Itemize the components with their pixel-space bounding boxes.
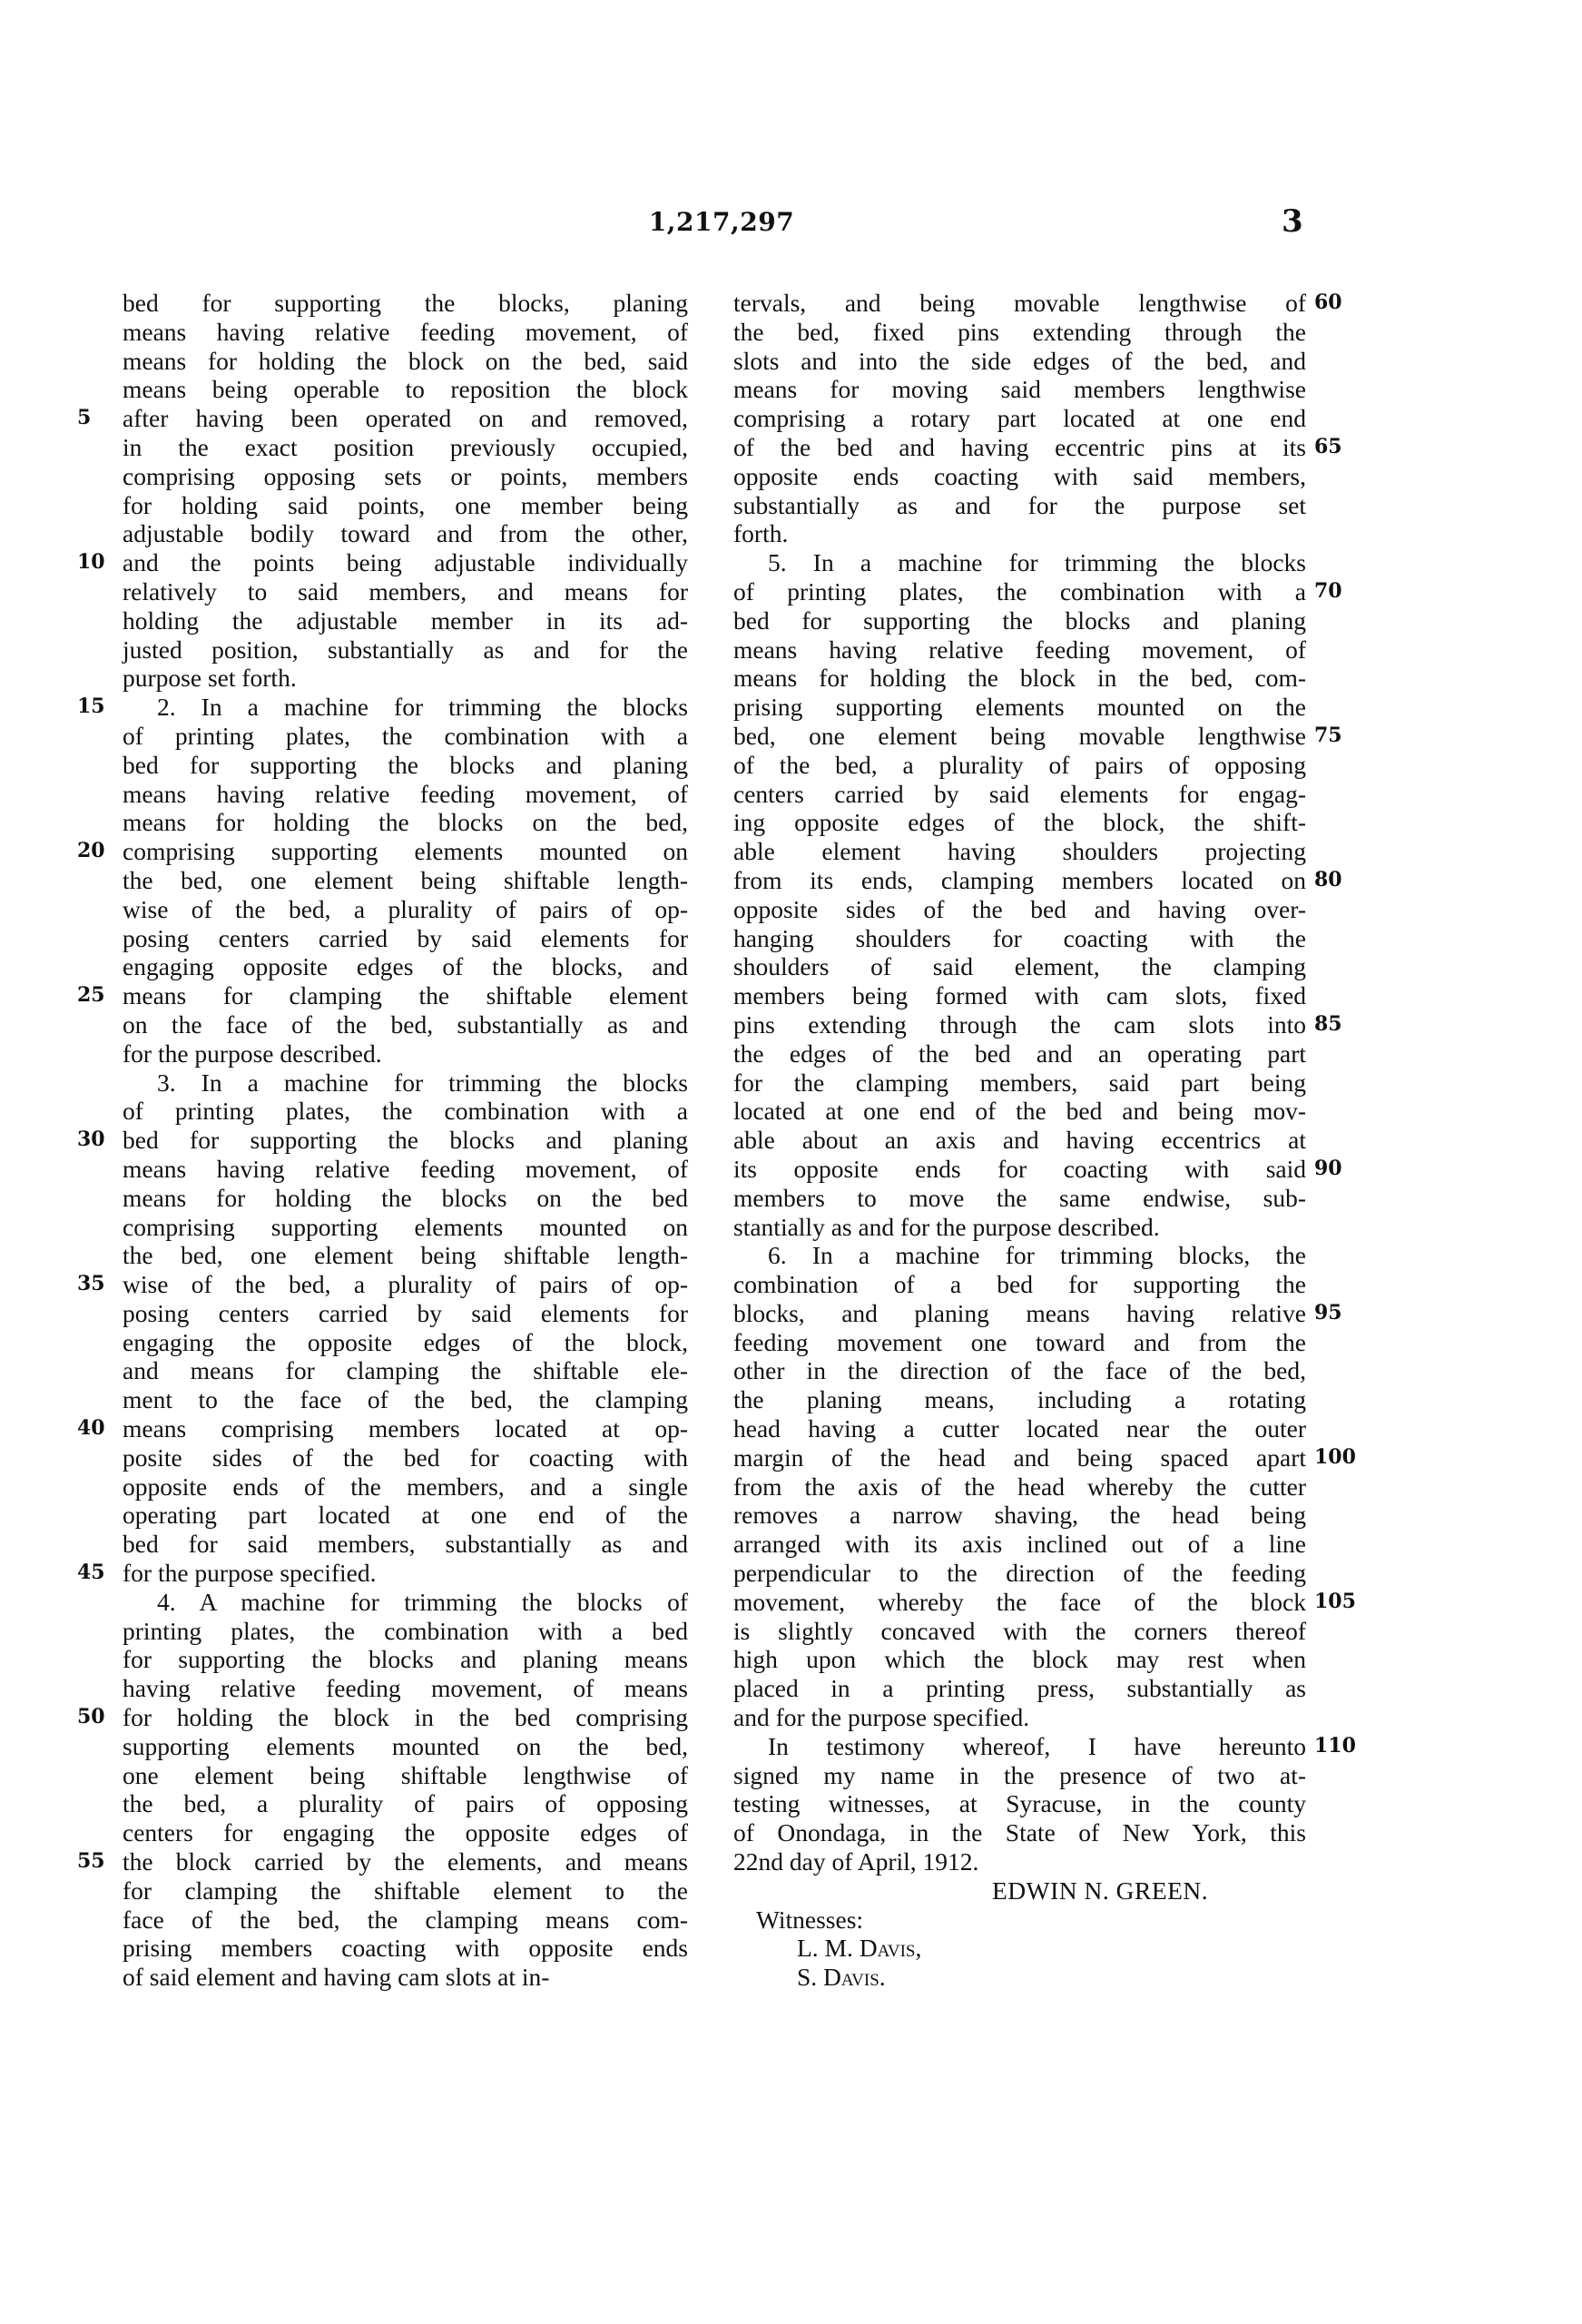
witness-name: S. Davis. — [733, 1963, 1306, 1992]
text-line: prising supporting elements mounted on t… — [733, 693, 1306, 722]
text-line: of the bed and having eccentric pins at … — [733, 433, 1306, 462]
line-number: 60 — [1314, 289, 1342, 318]
text-line: is slightly concaved with the corners th… — [733, 1617, 1306, 1646]
text-line: on the face of the bed, substantially as… — [123, 1010, 688, 1039]
text-line: slots and into the side edges of the bed… — [733, 347, 1306, 376]
text-line: of printing plates, the combination with… — [123, 722, 688, 751]
text-line: means being operable to reposition the b… — [123, 375, 688, 404]
text-line: combination of a bed for supporting the — [733, 1270, 1306, 1299]
line-number: 20 — [77, 837, 104, 866]
text-line: the bed, a plurality of pairs of opposin… — [123, 1789, 688, 1818]
text-line: means having relative feeding movement, … — [733, 635, 1306, 665]
text-line: 2. In a machine for trimming the blocks1… — [123, 693, 688, 722]
text-line: one element being shiftable lengthwise o… — [123, 1761, 688, 1790]
text-line: for holding said points, one member bein… — [123, 491, 688, 520]
text-line: comprising opposing sets or points, memb… — [123, 462, 688, 491]
text-line: and means for clamping the shiftable ele… — [123, 1356, 688, 1385]
text-line: forth. — [733, 519, 1306, 548]
line-number: 35 — [77, 1270, 104, 1299]
text-line: having relative feeding movement, of mea… — [123, 1674, 688, 1703]
text-line: opposite ends of the members, and a sing… — [123, 1472, 688, 1502]
text-line: movement, whereby the face of the block1… — [733, 1588, 1306, 1617]
text-line: stantially as and for the purpose descri… — [733, 1213, 1306, 1242]
text-line: for clamping the shiftable element to th… — [123, 1876, 688, 1905]
text-line: wise of the bed, a plurality of pairs of… — [123, 1270, 688, 1299]
text-line: bed for supporting the blocks and planin… — [733, 606, 1306, 635]
line-number: 10 — [77, 548, 104, 577]
text-line: perpendicular to the direction of the fe… — [733, 1559, 1306, 1588]
text-line: means having relative feeding movement, … — [123, 1155, 688, 1184]
text-line: printing plates, the combination with a … — [123, 1617, 688, 1646]
text-line: posite sides of the bed for coacting wit… — [123, 1443, 688, 1472]
text-line: engaging the opposite edges of the block… — [123, 1328, 688, 1357]
text-line: the planing means, including a rotating — [733, 1385, 1306, 1414]
text-line: centers carried by said elements for eng… — [733, 780, 1306, 809]
text-line: of Onondaga, in the State of New York, t… — [733, 1818, 1306, 1847]
text-line: members to move the same endwise, sub- — [733, 1184, 1306, 1213]
text-line: 4. A machine for trimming the blocks of — [123, 1588, 688, 1617]
text-line: face of the bed, the clamping means com- — [123, 1905, 688, 1935]
text-line: means for moving said members lengthwise — [733, 375, 1306, 404]
text-line: for the clamping members, said part bein… — [733, 1068, 1306, 1098]
text-line: comprising supporting elements mounted o… — [123, 837, 688, 866]
text-line: from the axis of the head whereby the cu… — [733, 1472, 1306, 1502]
text-line: engaging opposite edges of the blocks, a… — [123, 952, 688, 981]
text-line: shoulders of said element, the clamping — [733, 952, 1306, 981]
text-line: means having relative feeding movement, … — [123, 318, 688, 347]
text-line: means for holding the blocks on the bed — [123, 1184, 688, 1213]
text-line: for holding the block in the bed compris… — [123, 1703, 688, 1732]
text-line: means for clamping the shiftable element… — [123, 981, 688, 1010]
text-line: feeding movement one toward and from the — [733, 1328, 1306, 1357]
text-line: of printing plates, the combination with… — [733, 577, 1306, 606]
line-number: 70 — [1314, 577, 1342, 606]
line-number: 15 — [77, 693, 104, 722]
line-number: 110 — [1314, 1732, 1356, 1761]
text-line: and for the purpose specified. — [733, 1703, 1306, 1732]
text-line: testing witnesses, at Syracuse, in the c… — [733, 1789, 1306, 1818]
text-line: bed for supporting the blocks and planin… — [123, 751, 688, 780]
line-number: 40 — [77, 1414, 104, 1443]
text-line: for the purpose described. — [123, 1039, 688, 1068]
text-line: comprising a rotary part located at one … — [733, 404, 1306, 433]
text-line: means having relative feeding movement, … — [123, 780, 688, 809]
text-line: means for holding the block on the bed, … — [123, 347, 688, 376]
text-line: relatively to said members, and means fo… — [123, 577, 688, 606]
text-line: hanging shoulders for coacting with the — [733, 924, 1306, 953]
text-line: 3. In a machine for trimming the blocks — [123, 1068, 688, 1098]
text-line: for the purpose specified.45 — [123, 1559, 688, 1588]
text-line: placed in a printing press, substantiall… — [733, 1674, 1306, 1703]
line-number: 90 — [1314, 1155, 1342, 1184]
text-line: in the exact position previously occupie… — [123, 433, 688, 462]
text-line: the bed, one element being shiftable len… — [123, 866, 688, 895]
inventor-signature: EDWIN N. GREEN. — [733, 1876, 1306, 1905]
text-line: other in the direction of the face of th… — [733, 1356, 1306, 1385]
witnesses-label: Witnesses: — [733, 1905, 1306, 1935]
text-line: from its ends, clamping members located … — [733, 866, 1306, 895]
text-line: of printing plates, the combination with… — [123, 1097, 688, 1126]
text-line: substantially as and for the purpose set — [733, 491, 1306, 520]
right-text-column: tervals, and being movable lengthwise of… — [733, 289, 1306, 1992]
line-number: 5 — [77, 404, 104, 433]
text-line: prising members coacting with opposite e… — [123, 1934, 688, 1963]
text-line: centers for engaging the opposite edges … — [123, 1818, 688, 1847]
text-line: bed for supporting the blocks and planin… — [123, 1126, 688, 1155]
page-number: 3 — [1282, 203, 1303, 240]
text-line: head having a cutter located near the ou… — [733, 1414, 1306, 1443]
text-line: of the bed, a plurality of pairs of oppo… — [733, 751, 1306, 780]
text-line: ing opposite edges of the block, the shi… — [733, 808, 1306, 837]
text-line: 6. In a machine for trimming blocks, the — [733, 1241, 1306, 1270]
line-number: 100 — [1314, 1443, 1356, 1472]
line-number: 75 — [1314, 722, 1342, 751]
text-line: justed position, substantially as and fo… — [123, 635, 688, 665]
text-line: for supporting the blocks and planing me… — [123, 1645, 688, 1674]
text-line: means comprising members located at op-4… — [123, 1414, 688, 1443]
text-line: bed for said members, substantially as a… — [123, 1530, 688, 1559]
text-line: adjustable bodily toward and from the ot… — [123, 519, 688, 548]
text-line: bed for supporting the blocks, planing — [123, 289, 688, 318]
text-line: signed my name in the presence of two at… — [733, 1761, 1306, 1790]
text-line: after having been operated on and remove… — [123, 404, 688, 433]
text-line: tervals, and being movable lengthwise of… — [733, 289, 1306, 318]
text-line: posing centers carried by said elements … — [123, 1299, 688, 1328]
patent-page: 1,217,297 3 bed for supporting the block… — [0, 0, 1582, 2324]
line-number: 50 — [77, 1703, 104, 1732]
text-line: supporting elements mounted on the bed, — [123, 1732, 688, 1761]
text-line: located at one end of the bed and being … — [733, 1097, 1306, 1126]
line-number: 55 — [77, 1847, 104, 1876]
text-line: the bed, fixed pins extending through th… — [733, 318, 1306, 347]
text-line: posing centers carried by said elements … — [123, 924, 688, 953]
line-number: 45 — [77, 1559, 104, 1588]
left-text-column: bed for supporting the blocks, planingme… — [123, 289, 688, 1992]
line-number: 85 — [1314, 1010, 1342, 1039]
line-number: 30 — [77, 1126, 104, 1155]
text-line: the bed, one element being shiftable len… — [123, 1241, 688, 1270]
text-line: arranged with its axis inclined out of a… — [733, 1530, 1306, 1559]
text-line: operating part located at one end of the — [123, 1501, 688, 1530]
text-line: members being formed with cam slots, fix… — [733, 981, 1306, 1010]
text-line: high upon which the block may rest when — [733, 1645, 1306, 1674]
text-line: means for holding the blocks on the bed, — [123, 808, 688, 837]
line-number: 25 — [77, 981, 104, 1010]
text-line: purpose set forth. — [123, 664, 688, 693]
line-number: 105 — [1314, 1588, 1356, 1617]
text-line: 5. In a machine for trimming the blocks — [733, 548, 1306, 577]
text-line: its opposite ends for coacting with said… — [733, 1155, 1306, 1184]
text-line: comprising supporting elements mounted o… — [123, 1213, 688, 1242]
witness-name: L. M. Davis, — [733, 1934, 1306, 1963]
text-line: ment to the face of the bed, the clampin… — [123, 1385, 688, 1414]
text-line: holding the adjustable member in its ad- — [123, 606, 688, 635]
text-line: removes a narrow shaving, the head being — [733, 1501, 1306, 1530]
text-line: margin of the head and being spaced apar… — [733, 1443, 1306, 1472]
text-line: means for holding the block in the bed, … — [733, 664, 1306, 693]
text-line: the edges of the bed and an operating pa… — [733, 1039, 1306, 1068]
text-line: bed, one element being movable lengthwis… — [733, 722, 1306, 751]
text-line: 22nd day of April, 1912. — [733, 1847, 1306, 1876]
text-line: and the points being adjustable individu… — [123, 548, 688, 577]
text-line: wise of the bed, a plurality of pairs of… — [123, 895, 688, 924]
line-number: 80 — [1314, 866, 1342, 895]
text-line: able element having shoulders projecting — [733, 837, 1306, 866]
text-line: blocks, and planing means having relativ… — [733, 1299, 1306, 1328]
text-line: opposite ends coacting with said members… — [733, 462, 1306, 491]
text-line: In testimony whereof, I have hereunto110 — [733, 1732, 1306, 1761]
text-line: able about an axis and having eccentrics… — [733, 1126, 1306, 1155]
patent-number: 1,217,297 — [635, 207, 808, 237]
text-line: opposite sides of the bed and having ove… — [733, 895, 1306, 924]
line-number: 65 — [1314, 433, 1342, 462]
text-line: pins extending through the cam slots int… — [733, 1010, 1306, 1039]
text-line: of said element and having cam slots at … — [123, 1963, 688, 1992]
line-number: 95 — [1314, 1299, 1342, 1328]
text-line: the block carried by the elements, and m… — [123, 1847, 688, 1876]
